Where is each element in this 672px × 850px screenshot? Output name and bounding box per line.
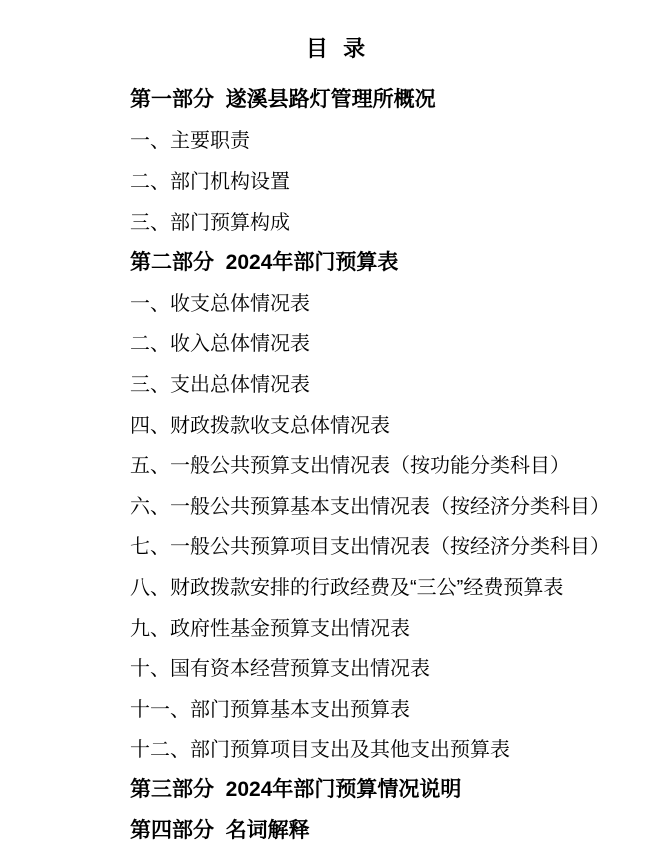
toc-list: 第一部分 遂溪县路灯管理所概况 一、主要职责 二、部门机构设置 三、部门预算构成… [130, 78, 652, 849]
toc-item: 十一、部门预算基本支出预算表 [130, 687, 652, 728]
toc-item: 五、一般公共预算支出情况表（按功能分类科目） [130, 443, 652, 484]
toc-item: 一、收支总体情况表 [130, 281, 652, 322]
page-title: 目 录 [0, 32, 672, 63]
toc-item: 二、收入总体情况表 [130, 322, 652, 363]
toc-item: 七、一般公共预算项目支出情况表（按经济分类科目） [130, 525, 652, 566]
toc-section-heading-part3: 第三部分 2024年部门预算情况说明 [130, 768, 652, 809]
toc-item: 九、政府性基金预算支出情况表 [130, 606, 652, 647]
toc-item: 三、支出总体情况表 [130, 362, 652, 403]
document-page: 目 录 第一部分 遂溪县路灯管理所概况 一、主要职责 二、部门机构设置 三、部门… [0, 0, 672, 850]
toc-item: 三、部门预算构成 [130, 200, 652, 241]
toc-item: 一、主要职责 [130, 119, 652, 160]
toc-item: 六、一般公共预算基本支出情况表（按经济分类科目） [130, 484, 652, 525]
toc-item: 二、部门机构设置 [130, 159, 652, 200]
toc-item: 四、财政拨款收支总体情况表 [130, 403, 652, 444]
toc-section-heading-part1: 第一部分 遂溪县路灯管理所概况 [130, 78, 652, 119]
toc-section-heading-part4: 第四部分 名词解释 [130, 809, 652, 850]
toc-item: 十二、部门预算项目支出及其他支出预算表 [130, 728, 652, 769]
toc-item: 八、财政拨款安排的行政经费及“三公”经费预算表 [130, 565, 652, 606]
toc-item: 十、国有资本经营预算支出情况表 [130, 646, 652, 687]
toc-section-heading-part2: 第二部分 2024年部门预算表 [130, 240, 652, 281]
